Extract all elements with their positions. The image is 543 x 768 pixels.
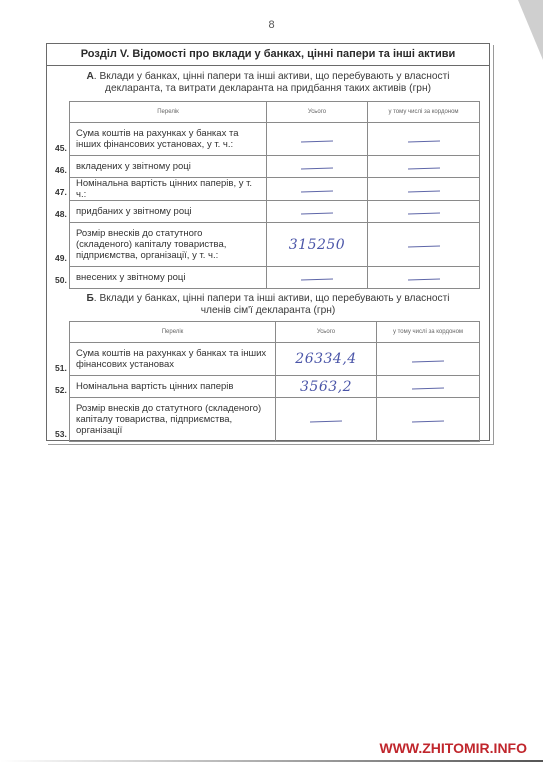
table-row: придбаних у звітному році [70,201,480,223]
row-description: Розмір внесків до статутного (складеного… [70,223,267,267]
handwritten-value: 26334,4 [295,351,356,367]
part-a-title: А. Вклади у банках, цінні папери та інші… [57,71,479,95]
row-number: 50. [55,275,69,285]
cell-abroad [368,123,480,156]
part-a-table: Перелік Усього у тому числі за кордоном … [69,101,480,289]
row-number: 46. [55,165,69,175]
cell-total [267,123,368,156]
table-row: Розмір внесків до статутного (складеного… [70,223,480,267]
cell-total [276,398,377,442]
table-row: Номінальна вартість цінних паперів, у т.… [70,178,480,201]
section-title: Розділ V. Відомості про вклади у банках,… [47,44,489,66]
handwritten-dash [407,167,439,169]
row-number: 48. [55,209,69,219]
cell-total [267,178,368,201]
cell-total: 315250 [267,223,368,267]
handwritten-dash [412,420,444,422]
row-number: 52. [55,385,69,395]
part-a-letter: А [86,71,93,82]
cell-abroad [368,267,480,289]
header-abroad: у тому числі за кордоном [377,322,480,343]
handwritten-value: 315250 [289,237,345,253]
handwritten-dash [310,420,342,422]
table-row: вкладених у звітному році [70,156,480,178]
cell-total [267,156,368,178]
cell-abroad [377,398,480,442]
cell-total [267,267,368,289]
cell-abroad [368,223,480,267]
row-number: 53. [55,429,69,439]
row-description: внесених у звітному році [70,267,267,289]
handwritten-dash [407,245,439,247]
cell-abroad [377,376,480,398]
handwritten-dash [301,190,333,192]
part-a-title-line2: декларанта, та витрати декларанта на при… [105,83,431,94]
part-b-table: Перелік Усього у тому числі за кордоном … [69,321,480,442]
row-number: 51. [55,363,69,373]
part-b-letter: Б [86,293,93,304]
handwritten-value: 3563,2 [300,379,352,395]
handwritten-dash [407,278,439,280]
part-b-title-line1: . Вклади у банках, цінні папери та інші … [94,293,450,304]
page-number: 8 [0,19,543,31]
handwritten-dash [301,278,333,280]
handwritten-dash [301,167,333,169]
header-abroad: у тому числі за кордоном [368,102,480,123]
page-bottom-edge [0,760,543,762]
cell-abroad [368,156,480,178]
part-b-title: Б. Вклади у банках, цінні папери та інші… [57,293,479,317]
cell-abroad [368,201,480,223]
table-row: Сума коштів на рахунках у банках та інши… [70,343,480,376]
row-description: Сума коштів на рахунках у банках та інши… [70,343,276,376]
row-number: 45. [55,143,69,153]
table-row: внесених у звітному році [70,267,480,289]
row-description: Розмір внесків до статутного (складеного… [70,398,276,442]
handwritten-dash [407,190,439,192]
header-total: Усього [267,102,368,123]
handwritten-dash [301,140,333,142]
handwritten-dash [412,387,444,389]
cell-total: 26334,4 [276,343,377,376]
part-b-title-line2: членів сім'ї декларанта (грн) [201,305,336,316]
table-row: Номінальна вартість цінних паперів3563,2 [70,376,480,398]
section-frame: Розділ V. Відомості про вклади у банках,… [46,43,490,441]
site-watermark: WWW.ZHITOMIR.INFO [380,740,528,756]
row-description: Сума коштів на рахунках у банках та інши… [70,123,267,156]
handwritten-dash [301,212,333,214]
cell-total: 3563,2 [276,376,377,398]
row-description: Номінальна вартість цінних паперів [70,376,276,398]
handwritten-dash [412,360,444,362]
row-number: 47. [55,187,69,197]
header-total: Усього [276,322,377,343]
cell-abroad [368,178,480,201]
row-description: вкладених у звітному році [70,156,267,178]
row-description: Номінальна вартість цінних паперів, у т.… [70,178,267,201]
handwritten-dash [407,212,439,214]
table-row: Сума коштів на рахунках у банках та інши… [70,123,480,156]
header-list: Перелік [70,322,276,343]
table-row: Розмір внесків до статутного (складеного… [70,398,480,442]
row-number: 49. [55,253,69,263]
header-list: Перелік [70,102,267,123]
cell-total [267,201,368,223]
row-description: придбаних у звітному році [70,201,267,223]
handwritten-dash [407,140,439,142]
part-a-title-line1: . Вклади у банках, цінні папери та інші … [94,71,450,82]
cell-abroad [377,343,480,376]
